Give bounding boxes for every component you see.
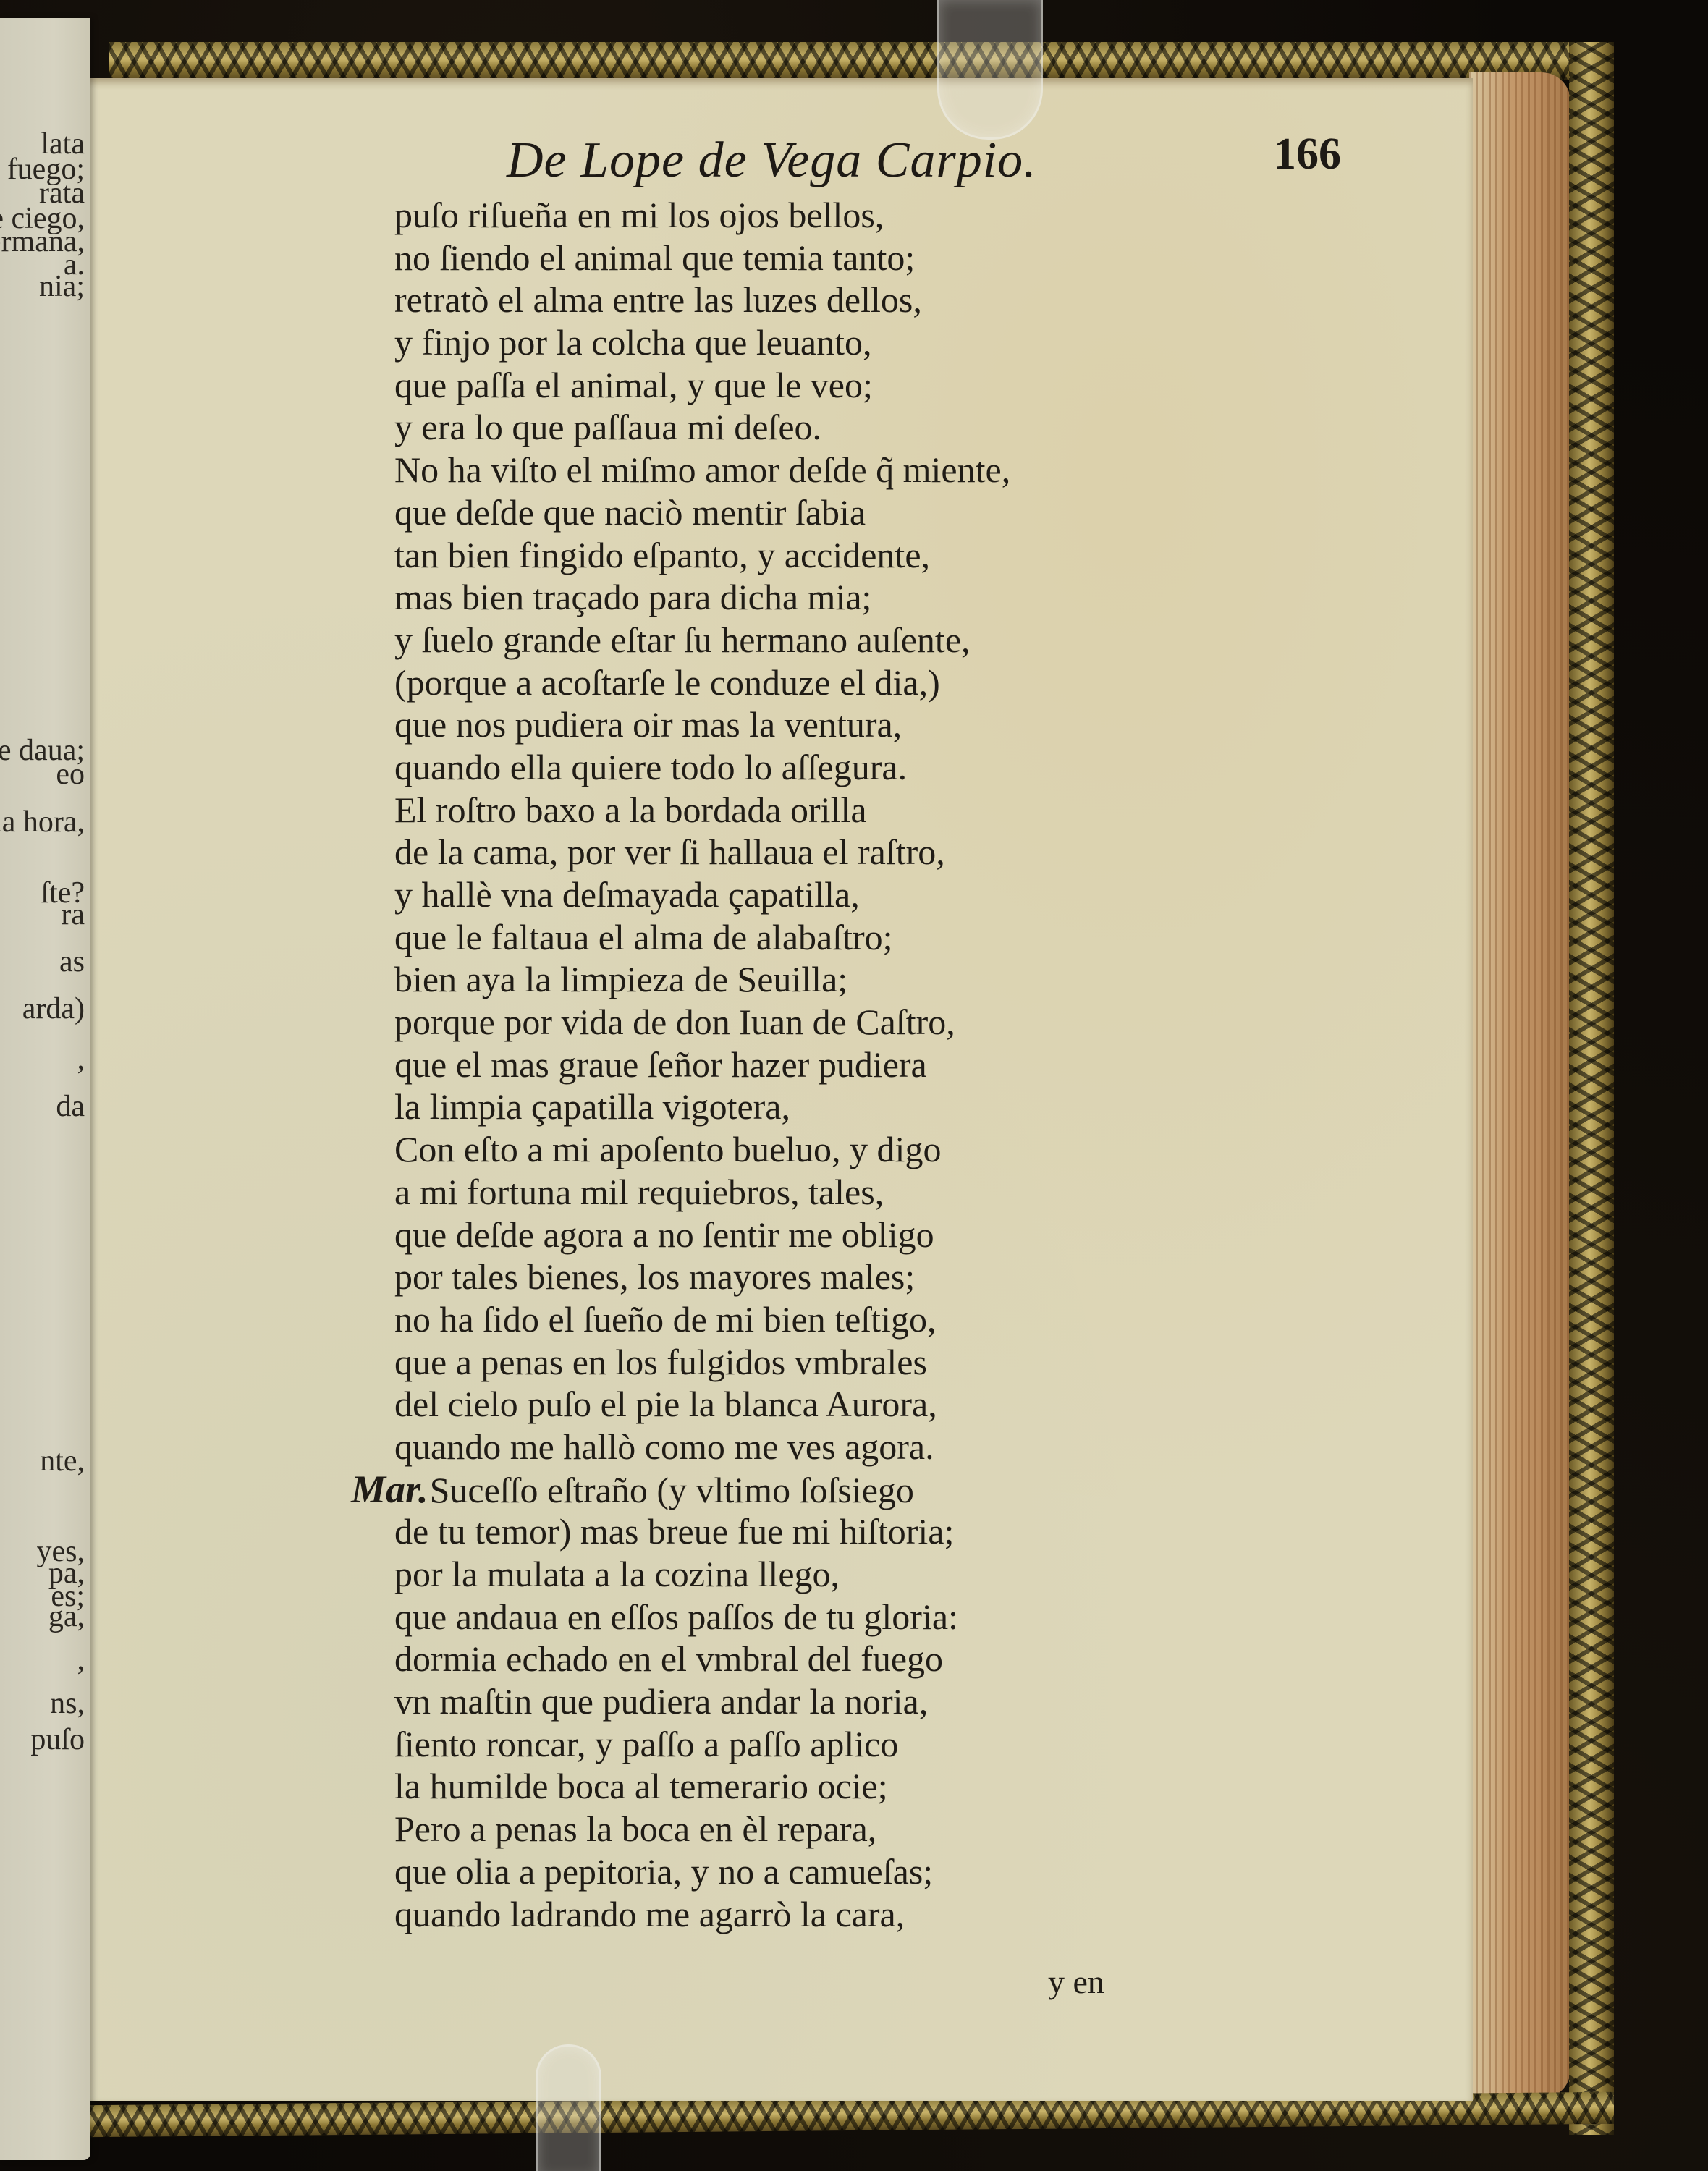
verse-text: El roſtro baxo a la bordada orilla xyxy=(394,790,867,830)
verse-text: la limpia çapatilla vigotera, xyxy=(394,1086,790,1127)
verse-line: que paſſa el animal, y que le veo; xyxy=(394,364,1010,407)
verse-text: porque por vida de don Iuan de Caſtro, xyxy=(394,1002,955,1042)
verse-line: mas bien traçado para dicha mia; xyxy=(394,576,1010,619)
previous-page-text-fragment: puſo xyxy=(30,1722,85,1757)
verse-text: y finjo por la colcha que leuanto, xyxy=(394,322,872,363)
verse-line: bien aya la limpieza de Seuilla; xyxy=(394,958,1010,1001)
verse-text: y hallè vna deſmayada çapatilla, xyxy=(394,874,860,915)
verse-line: puſo riſueña en mi los ojos bellos, xyxy=(394,194,1010,237)
verse-line: del cielo puſo el pie la blanca Aurora, xyxy=(394,1383,1010,1426)
verse-text: que olia a pepitoria, y no a camueſas; xyxy=(394,1851,933,1892)
verse-line: que el mas graue ſeñor hazer pudiera xyxy=(394,1044,1010,1086)
verse-text: vn maſtin que pudiera andar la noria, xyxy=(394,1681,928,1722)
verse-line: retratò el alma entre las luzes dellos, xyxy=(394,279,1010,321)
previous-page-text-fragment: vna hora, xyxy=(0,805,85,839)
verse-line: dormia echado en el vmbral del fuego xyxy=(394,1638,1010,1680)
previous-page-text-fragment: nte, xyxy=(40,1444,85,1478)
verse-text: quando me hallò como me ves agora. xyxy=(394,1426,934,1467)
verse-line: quando me hallò como me ves agora. xyxy=(394,1426,1010,1468)
verse-line: de tu temor) mas breue fue mi hiſtoria; xyxy=(394,1510,1010,1553)
gilt-border-right xyxy=(1569,42,1614,2135)
verse-line: Mar.Suceſſo eſtraño (y vltimo ſoſsiego xyxy=(351,1468,1010,1511)
verse-line: la limpia çapatilla vigotera, xyxy=(394,1085,1010,1128)
previous-page-text-fragment: eo xyxy=(56,757,85,792)
verse-line: El roſtro baxo a la bordada orilla xyxy=(394,789,1010,831)
gilt-border-top xyxy=(109,42,1614,80)
verse-text: (porque a acoſtarſe le conduze el dia,) xyxy=(394,662,940,703)
verse-line: que a penas en los fulgidos vmbrales xyxy=(394,1341,1010,1384)
verse-line: quando ladrando me agarrò la cara, xyxy=(394,1893,1010,1936)
verse-text: quando ladrando me agarrò la cara, xyxy=(394,1894,905,1934)
verse-line: por la mulata a la cozina llego, xyxy=(394,1553,1010,1596)
verse-text: No ha viſto el miſmo amor deſde q̃ mient… xyxy=(394,449,1010,490)
book-fore-edge xyxy=(1469,72,1570,2099)
verse-line: Con eſto a mi apoſento bueluo, y digo xyxy=(394,1128,1010,1171)
previous-page-text-fragment: as xyxy=(59,944,85,979)
verse-line: a mi fortuna mil requiebros, tales, xyxy=(394,1171,1010,1214)
verse-text: que deſde agora a no ſentir me obligo xyxy=(394,1214,934,1255)
verse-text: bien aya la limpieza de Seuilla; xyxy=(394,959,847,999)
verse-line: No ha viſto el miſmo amor deſde q̃ mient… xyxy=(394,449,1010,491)
verse-line: por tales bienes, los mayores males; xyxy=(394,1256,1010,1298)
verse-block: puſo riſueña en mi los ojos bellos,no ſi… xyxy=(394,194,1010,1935)
previous-page-edge: latal fuego;ratare ciego,ermana,a.nia;e … xyxy=(0,18,90,2160)
verse-line: de la cama, por ver ſi hallaua el raſtro… xyxy=(394,831,1010,873)
verse-text: Pero a penas la boca en èl repara, xyxy=(394,1808,876,1849)
verse-text: puſo riſueña en mi los ojos bellos, xyxy=(394,195,884,235)
verse-text: y era lo que paſſaua mi deſeo. xyxy=(394,407,821,447)
verse-text: que andaua en eſſos paſſos de tu gloria: xyxy=(394,1596,958,1637)
verse-text: no ſiendo el animal que temia tanto; xyxy=(394,237,915,278)
verse-text: que paſſa el animal, y que le veo; xyxy=(394,365,873,405)
verse-text: que el mas graue ſeñor hazer pudiera xyxy=(394,1044,927,1085)
verse-text: tan bien fingido eſpanto, y accidente, xyxy=(394,535,930,575)
page-clip-top xyxy=(937,0,1043,140)
verse-text: la humilde boca al temerario ocie; xyxy=(394,1766,888,1806)
verse-line: y era lo que paſſaua mi deſeo. xyxy=(394,406,1010,449)
verse-line: que deſde que naciò mentir ſabia xyxy=(394,491,1010,534)
previous-page-text-fragment: ra xyxy=(61,897,85,932)
running-head: De Lope de Vega Carpio. xyxy=(507,132,1037,190)
verse-line: porque por vida de don Iuan de Caſtro, xyxy=(394,1001,1010,1044)
verse-line: no ha ſido el ſueño de mi bien teſtigo, xyxy=(394,1298,1010,1341)
previous-page-text-fragment: , xyxy=(77,1643,85,1677)
previous-page-text-fragment: da xyxy=(56,1089,85,1124)
verse-text: por la mulata a la cozina llego, xyxy=(394,1554,840,1594)
verse-text: Con eſto a mi apoſento bueluo, y digo xyxy=(394,1129,941,1169)
verse-line: quando ella quiere todo lo aſſegura. xyxy=(394,746,1010,789)
verse-text: de tu temor) mas breue fue mi hiſtoria; xyxy=(394,1511,954,1552)
verse-text: por tales bienes, los mayores males; xyxy=(394,1256,915,1297)
verse-line: que nos pudiera oir mas la ventura, xyxy=(394,703,1010,746)
previous-page-text-fragment: ns, xyxy=(50,1686,85,1721)
previous-page-text-fragment: ga, xyxy=(48,1599,85,1634)
verse-line: que deſde agora a no ſentir me obligo xyxy=(394,1214,1010,1256)
verse-text: quando ella quiere todo lo aſſegura. xyxy=(394,747,907,787)
verse-line: vn maſtin que pudiera andar la noria, xyxy=(394,1680,1010,1723)
verse-text: a mi fortuna mil requiebros, tales, xyxy=(394,1172,884,1212)
previous-page-text-fragment: , xyxy=(77,1042,85,1077)
verse-line: (porque a acoſtarſe le conduze el dia,) xyxy=(394,661,1010,704)
page-clip-bottom xyxy=(536,2044,601,2171)
previous-page-text-fragment: arda) xyxy=(22,991,85,1026)
verse-line: ſiento roncar, y paſſo a paſſo aplico xyxy=(394,1723,1010,1766)
verse-line: que le faltaua el alma de alabaſtro; xyxy=(394,916,1010,959)
verse-text: que a penas en los fulgidos vmbrales xyxy=(394,1342,927,1382)
verse-text: mas bien traçado para dicha mia; xyxy=(394,577,871,617)
verse-text: que deſde que naciò mentir ſabia xyxy=(394,492,866,533)
verse-text: que le faltaua el alma de alabaſtro; xyxy=(394,917,893,957)
verse-line: y ſuelo grande eſtar ſu hermano auſente, xyxy=(394,619,1010,661)
verse-line: Pero a penas la boca en èl repara, xyxy=(394,1808,1010,1850)
verse-line: la humilde boca al temerario ocie; xyxy=(394,1765,1010,1808)
verse-text: no ha ſido el ſueño de mi bien teſtigo, xyxy=(394,1299,936,1340)
page-number: 166 xyxy=(1274,129,1341,180)
verse-text: retratò el alma entre las luzes dellos, xyxy=(394,279,922,320)
verse-text: de la cama, por ver ſi hallaua el raſtro… xyxy=(394,831,945,872)
verse-text: y ſuelo grande eſtar ſu hermano auſente, xyxy=(394,619,971,660)
verse-line: que olia a pepitoria, y no a camueſas; xyxy=(394,1850,1010,1893)
verse-text: que nos pudiera oir mas la ventura, xyxy=(394,704,902,745)
speaker-label: Mar. xyxy=(351,1468,428,1511)
verse-text: ſiento roncar, y paſſo a paſſo aplico xyxy=(394,1724,898,1764)
verse-text: dormia echado en el vmbral del fuego xyxy=(394,1638,943,1679)
catchword: y en xyxy=(1048,1963,1104,2001)
verse-line: tan bien fingido eſpanto, y accidente, xyxy=(394,534,1010,577)
verse-text: Suceſſo eſtraño (y vltimo ſoſsiego xyxy=(430,1470,914,1510)
previous-page-text-fragment: nia; xyxy=(39,269,85,304)
verse-line: y hallè vna deſmayada çapatilla, xyxy=(394,873,1010,916)
verse-text: del cielo puſo el pie la blanca Aurora, xyxy=(394,1384,937,1424)
verse-line: y finjo por la colcha que leuanto, xyxy=(394,321,1010,364)
verse-line: que andaua en eſſos paſſos de tu gloria: xyxy=(394,1596,1010,1638)
verse-line: no ſiendo el animal que temia tanto; xyxy=(394,237,1010,279)
